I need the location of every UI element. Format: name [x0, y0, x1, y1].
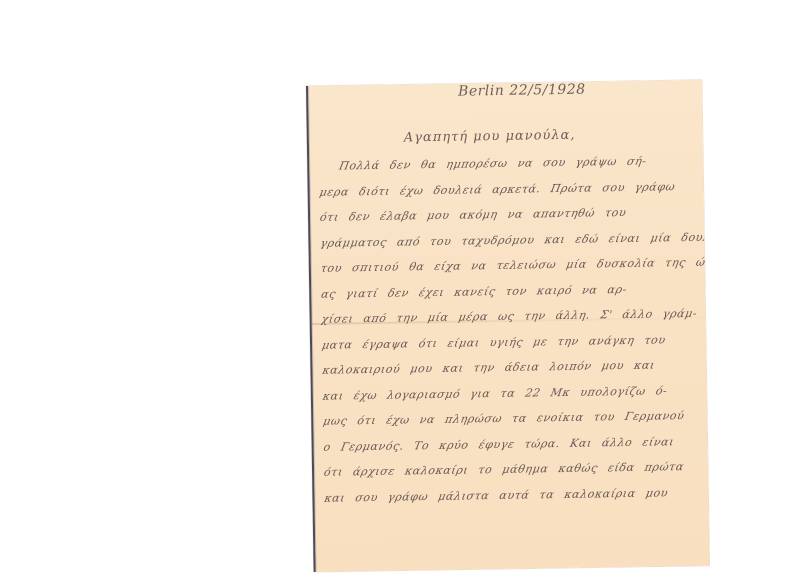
body-line: και σου γράφω μάλιστα αυτά τα καλοκαίρια… — [322, 479, 711, 511]
letter-page: Berlin 22/5/1928 Αγαπητή μου μανούλα, Πο… — [306, 80, 710, 572]
letter-salutation: Αγαπητή μου μανούλα, — [404, 128, 576, 146]
letter-body: Πολλά δεν θα ημπορέσω να σου γράψω σή- μ… — [319, 148, 709, 511]
letter-date: Berlin 22/5/1928 — [458, 82, 586, 100]
scan-canvas: Berlin 22/5/1928 Αγαπητή μου μανούλα, Πο… — [0, 0, 800, 581]
